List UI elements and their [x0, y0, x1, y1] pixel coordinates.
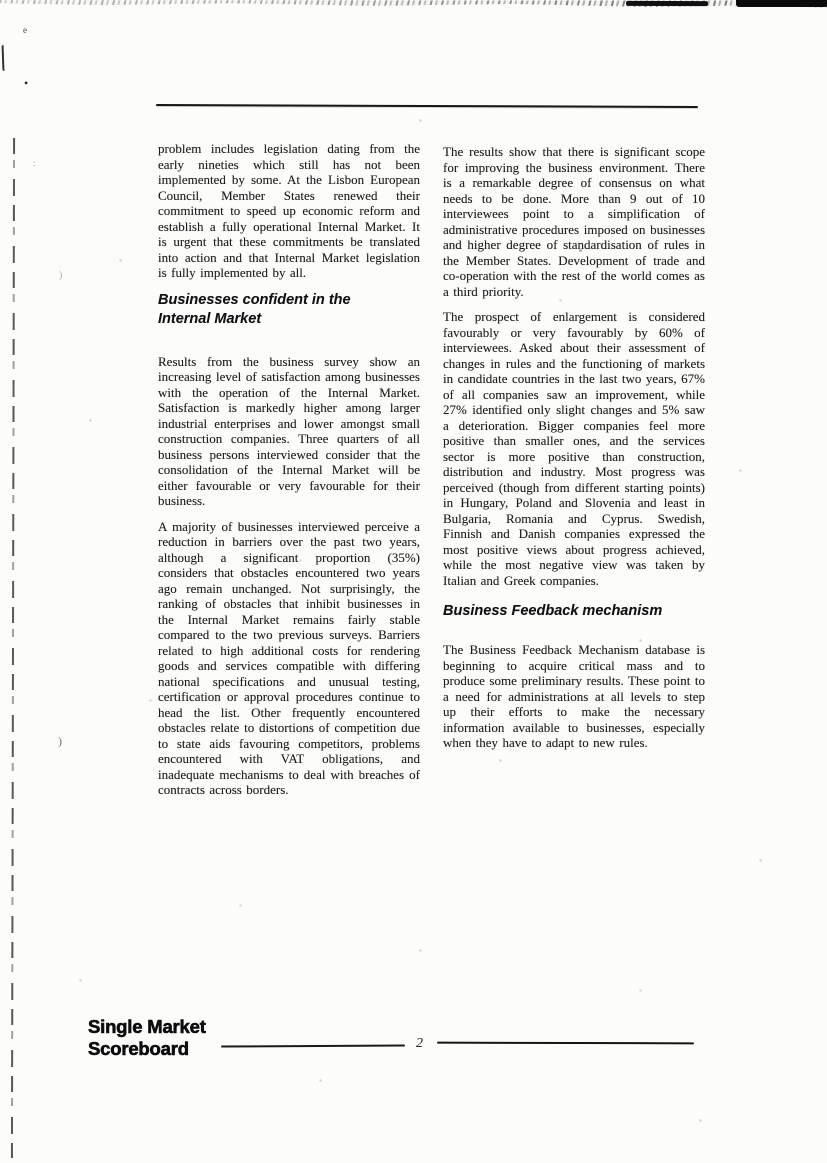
header-rule — [156, 104, 698, 108]
scan-speck: e — [23, 25, 27, 35]
paragraph: A majority of businesses interviewed per… — [158, 519, 420, 798]
section-heading-businesses-confident: Businesses confident in the Internal Mar… — [158, 291, 378, 329]
paragraph: The prospect of enlargement is considere… — [443, 309, 705, 588]
section-heading-business-feedback: Business Feedback mechanism — [443, 602, 675, 621]
scan-artifact-top-dark-corner — [736, 0, 827, 7]
scan-noise — [0, 0, 1, 1]
footer-rule-left — [221, 1044, 405, 1047]
left-column: problem includes legislation dating from… — [158, 141, 420, 808]
scoreboard-logo-line2: Scoreboard — [88, 1038, 206, 1060]
footer-rule-right — [437, 1042, 694, 1045]
scoreboard-logo: Single Market Scoreboard — [88, 1016, 206, 1059]
paragraph: The results show that there is significa… — [443, 144, 705, 299]
scoreboard-logo-line1: Single Market — [88, 1016, 206, 1038]
scan-speck: ) — [58, 734, 62, 749]
paragraph: problem includes legislation dating from… — [158, 141, 420, 281]
scan-speck: • — [24, 76, 28, 91]
scan-speck: : — [33, 158, 36, 168]
scan-artifact-top-dark-segment — [626, 1, 708, 6]
scan-artifact-edge-mark — [2, 45, 5, 71]
document-page: e • : ) ) problem includes legislation d… — [0, 0, 827, 1163]
right-column: The results show that there is significa… — [443, 141, 705, 761]
scan-artifact-left-margin-line — [11, 138, 15, 1158]
paragraph: Results from the business survey show an… — [158, 354, 420, 509]
paragraph: The Business Feedback Mechanism database… — [443, 642, 705, 751]
page-number: 2 — [416, 1036, 423, 1052]
scan-speck: ) — [59, 270, 62, 281]
